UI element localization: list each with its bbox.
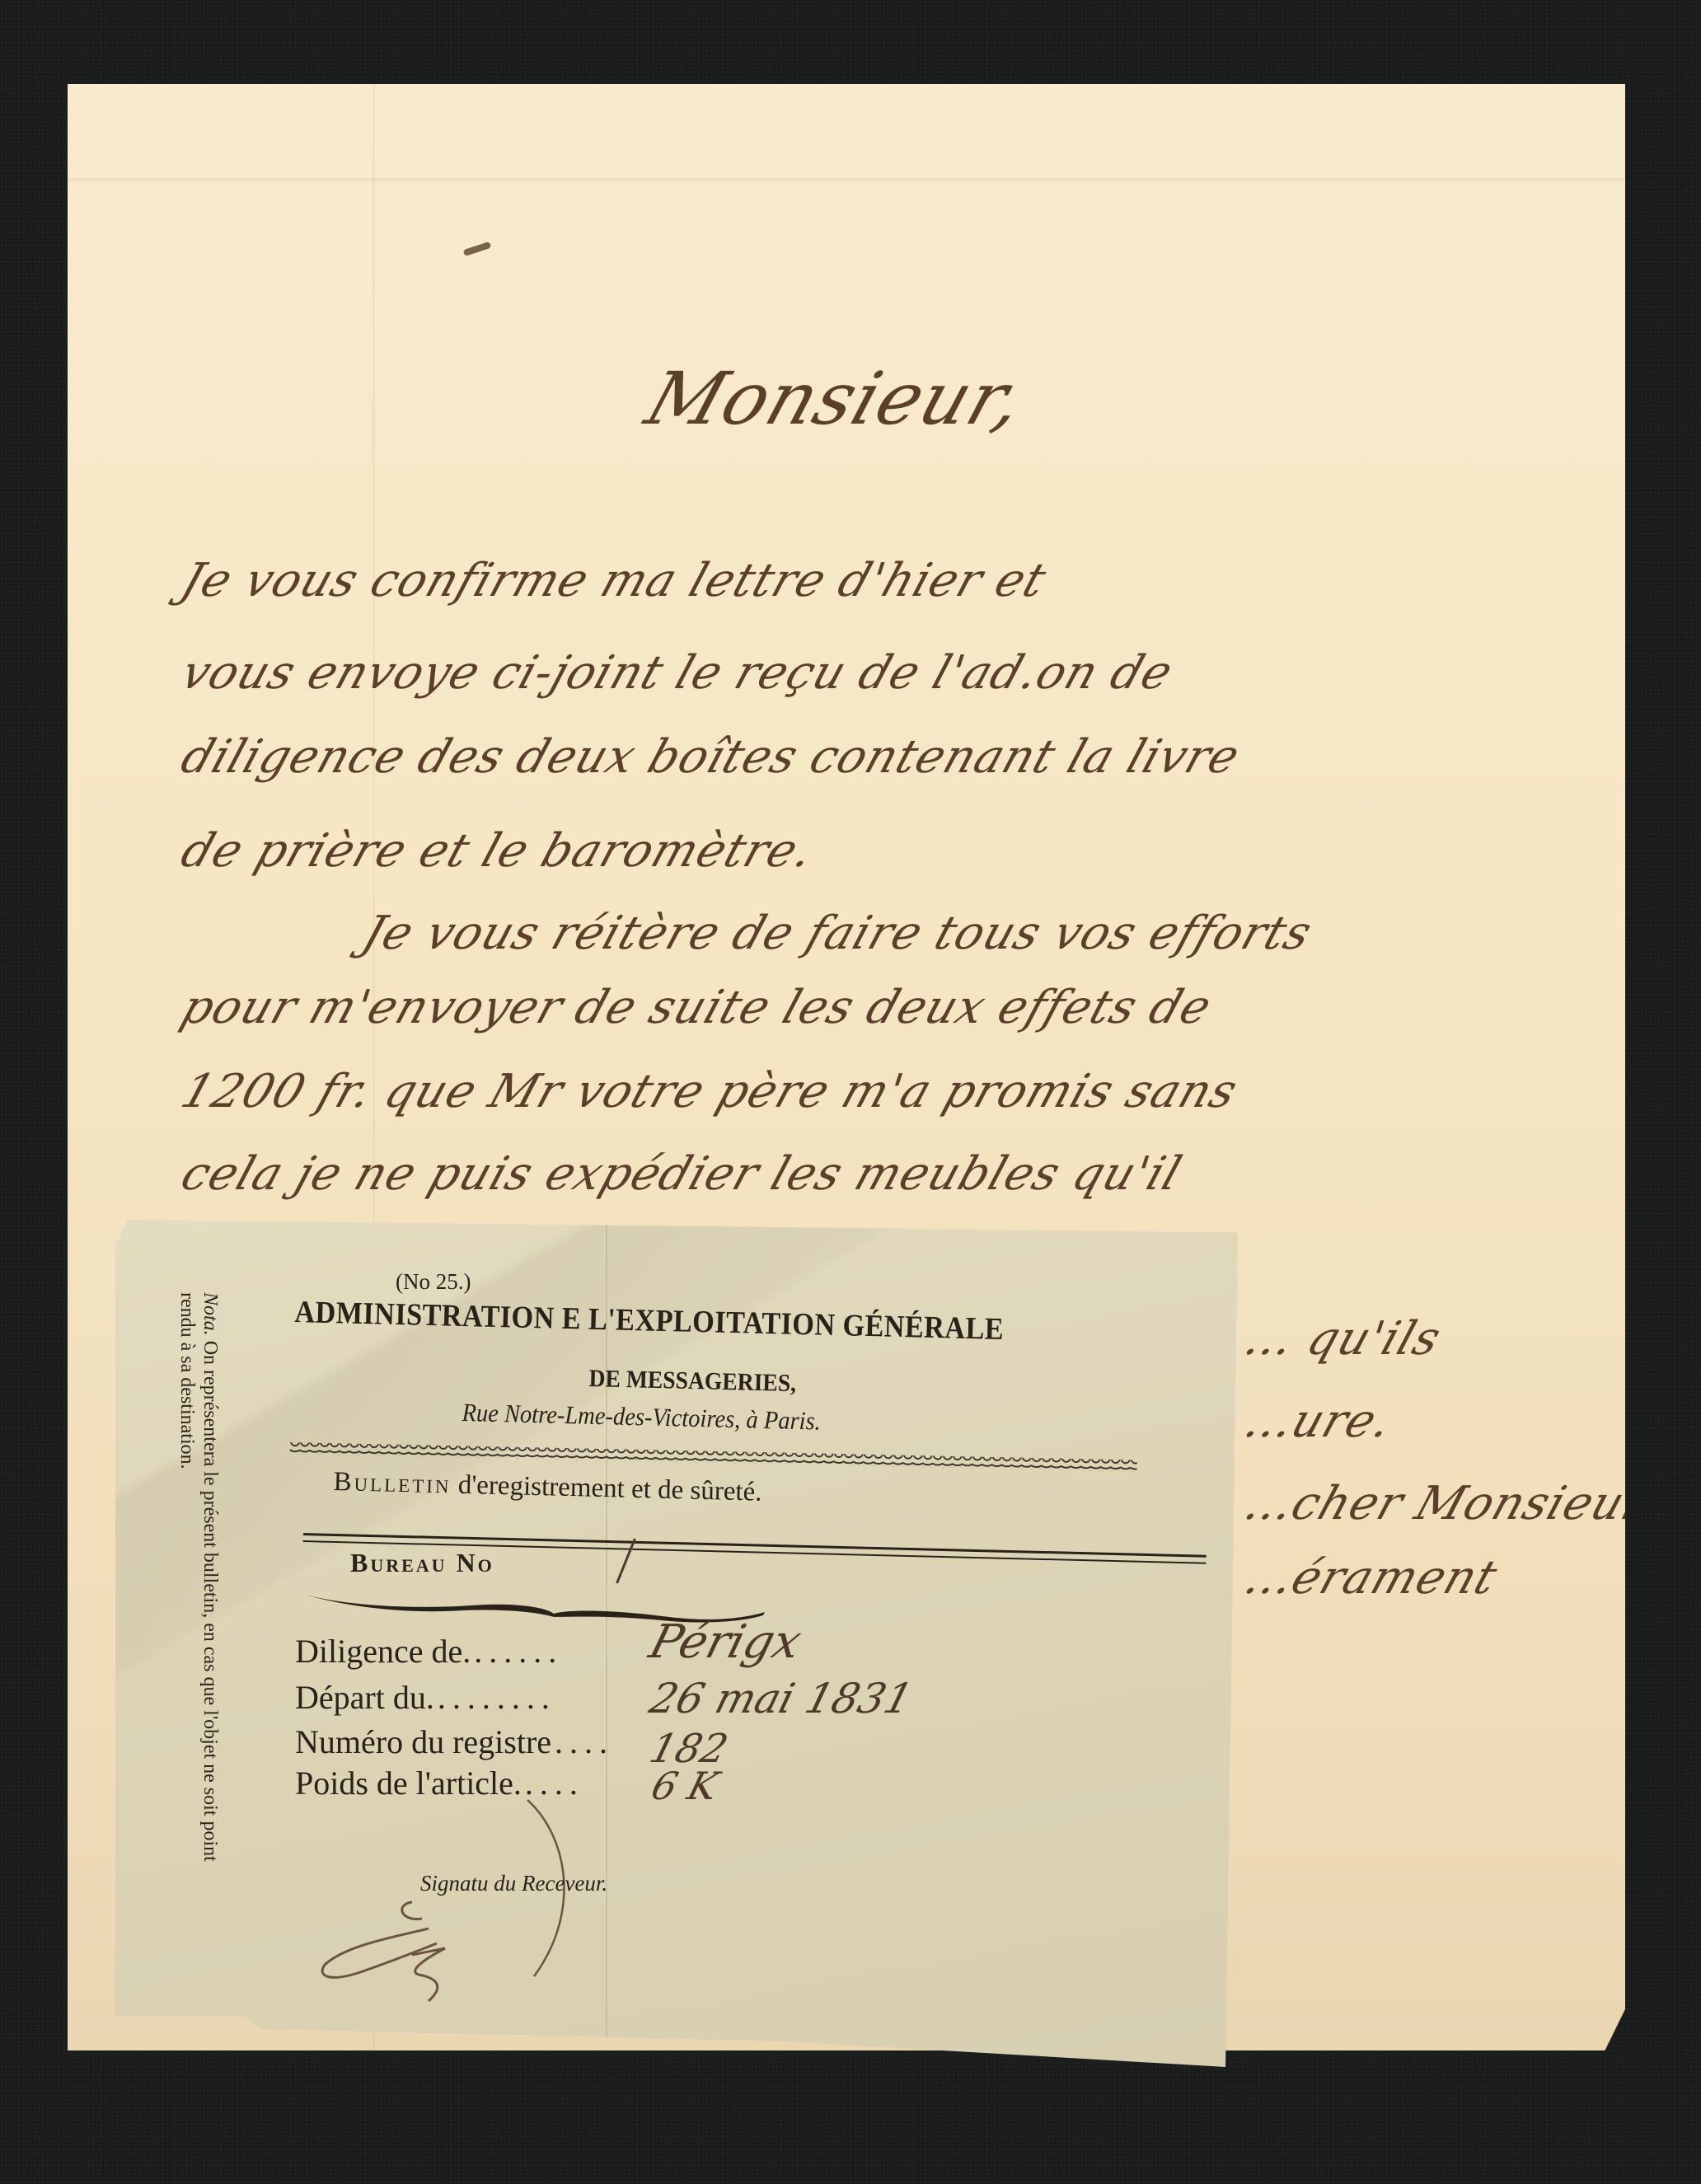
- paper-fold-line: [606, 1220, 607, 2067]
- paper-fold-line: [68, 178, 1625, 181]
- letter-line: vous envoye ci-joint le reçu de l'ad.on …: [175, 646, 1179, 700]
- field-label: Diligence de.: [295, 1633, 471, 1670]
- bulletin-subheader: DE MESSAGERIES,: [588, 1365, 796, 1398]
- letter-line: cela je ne puis expédier les meubles qu'…: [175, 1147, 1188, 1201]
- field-depart: Départ du.........: [295, 1678, 556, 1717]
- letter-line: Je vous confirme ma lettre d'hier et: [175, 554, 1053, 607]
- signature-label: Signatu du Receveur.: [420, 1871, 607, 1896]
- letter-line: pour m'envoyer de suite les deux effets …: [175, 981, 1218, 1034]
- letter-line: de prière et le baromètre.: [175, 824, 821, 878]
- bureau-label: Bureau No: [350, 1548, 494, 1578]
- salutation: Monsieur,: [636, 356, 1036, 441]
- letter-line: 1200 fr. que Mr votre père m'a promis sa…: [175, 1065, 1244, 1118]
- field-diligence: Diligence de.......: [295, 1632, 563, 1671]
- receiver-signature: [313, 1896, 478, 2003]
- letter-line: …cher Monsieur,: [1238, 1477, 1666, 1530]
- letter-line: diligence des deux boîtes contenant la l…: [175, 730, 1247, 784]
- field-label: Départ du.: [295, 1679, 434, 1716]
- bulletin-number: (No 25.): [396, 1269, 471, 1295]
- nota-vertical-text: Nota. On représentera le présent bulleti…: [176, 1292, 222, 1894]
- field-value-handwritten: 26 mai 1831: [644, 1675, 917, 1722]
- shipping-bulletin: Nota. On représentera le présent bulleti…: [115, 1220, 1238, 2067]
- field-value-handwritten: Périgx: [644, 1615, 807, 1669]
- field-label: Numéro du registre: [295, 1723, 551, 1760]
- ink-mark: –: [463, 241, 492, 256]
- letter-line: …érament: [1238, 1551, 1504, 1605]
- field-value-handwritten: 6 K: [647, 1764, 724, 1808]
- field-numero-registre: Numéro du registre....: [295, 1722, 614, 1761]
- letter-line: Je vous réitère de faire tous vos effort…: [356, 907, 1319, 960]
- nota-text: On représentera le présent bulletin, en …: [176, 1292, 221, 1862]
- nota-label: Nota.: [199, 1292, 221, 1336]
- leader-dots: ......: [474, 1633, 563, 1670]
- bulletin-title-caps: Bulletin: [333, 1467, 452, 1499]
- letter-line: … qu'ils: [1238, 1312, 1448, 1366]
- leader-dots: ........: [438, 1679, 556, 1716]
- letter-line: …ure.: [1238, 1394, 1399, 1448]
- leader-dots: ....: [555, 1723, 614, 1760]
